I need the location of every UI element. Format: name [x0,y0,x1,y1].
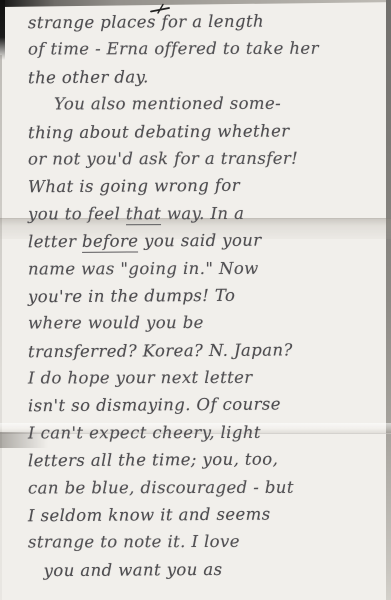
letter-paper: strange places for a lengthof time - Ern… [0,0,391,600]
paper-left-corner-shadow [0,0,5,60]
letter-line: name was "going in." Now [28,254,383,282]
underlined-word: that [126,204,161,225]
letter-line: can be blue, discouraged - but [28,473,383,501]
letter-line: letters all the time; you, too, [28,445,383,475]
letter-line: isn't so dismaying. Of course [28,390,383,420]
letter-line: transferred? Korea? N. Japan? [28,335,383,365]
letter-line: I can't expect cheery, light [28,418,383,446]
paper-top-edge-shadow [0,0,391,7]
paper-left-edge [0,55,2,600]
letter-line: you're in the dumps! To [28,281,383,311]
letter-line: strange places for a length [28,7,383,37]
letter-line: of time - Erna offered to take her [28,35,383,63]
letter-line: letter before you said your [28,226,383,256]
letter-line: I seldom know it and seems [28,500,383,530]
letter-body-text: strange places for a lengthof time - Ern… [28,8,383,583]
letter-line: thing about debating whether [28,116,383,146]
letter-line: you to feel that way. In a [28,199,383,227]
paper-right-edge-shadow [386,0,391,600]
letter-line: What is going wrong for [28,171,383,201]
letter-line: You also mentioned some- [28,90,383,118]
letter-line: or not you'd ask for a transfer! [28,144,383,172]
letter-line: I do hope your next letter [28,364,383,392]
letter-line: the other day. [28,62,383,92]
letter-line: you and want you as [28,555,383,585]
underlined-word: before [82,232,139,253]
letter-line: where would you be [28,309,383,337]
letter-line: strange to note it. I love [28,528,383,556]
